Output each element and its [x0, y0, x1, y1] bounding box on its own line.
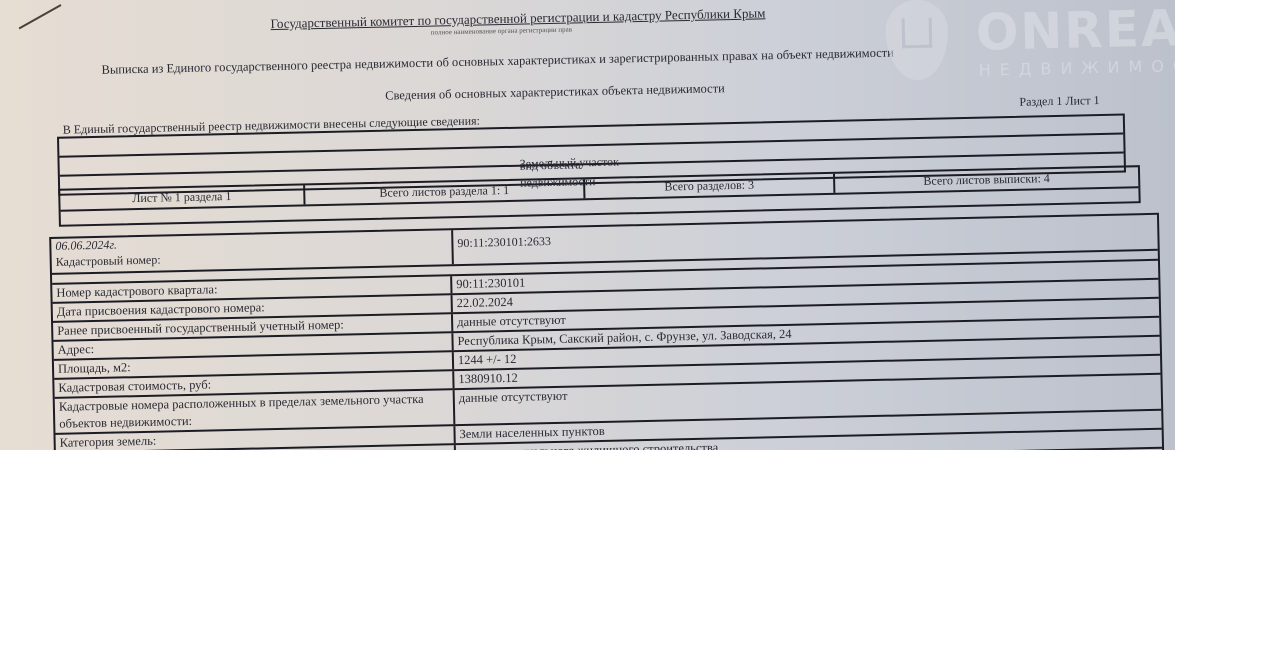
- section-reference: Раздел 1 Лист 1: [1019, 93, 1099, 110]
- watermark-brand: ONREALT: [975, 1, 1175, 59]
- total-sheets: Всего листов выписки: 4: [835, 167, 1138, 193]
- document-page: Государственный комитет по государственн…: [0, 0, 1175, 450]
- house-pin-icon: [885, 0, 949, 81]
- document-title: Выписка из Единого государственного реес…: [101, 46, 894, 78]
- watermark-tagline: НЕДВИЖИМОСТЬ: [979, 55, 1175, 80]
- pen-mark: [19, 4, 62, 29]
- document-photo: Государственный комитет по государственн…: [0, 0, 1175, 450]
- total-sections: Всего разделов: 3: [585, 174, 835, 198]
- cadastral-number-label: Кадастровый номер:: [56, 253, 161, 270]
- characteristics-rows: Номер кадастрового квартала:90:11:230101…: [52, 261, 1163, 450]
- sheet-number: Лист № 1 раздела 1: [60, 185, 305, 209]
- section-title: Сведения об основных характеристиках объ…: [385, 81, 725, 103]
- characteristics-table: 06.06.2024г. Кадастровый номер: 90:11:23…: [49, 213, 1165, 450]
- section-sheets: Всего листов раздела 1: 1: [305, 179, 585, 204]
- extract-date: 06.06.2024г.: [55, 238, 117, 254]
- watermark: ONREALT НЕДВИЖИМОСТЬ: [885, 0, 1175, 91]
- organization-caption: полное наименование органа регистрации п…: [431, 26, 572, 37]
